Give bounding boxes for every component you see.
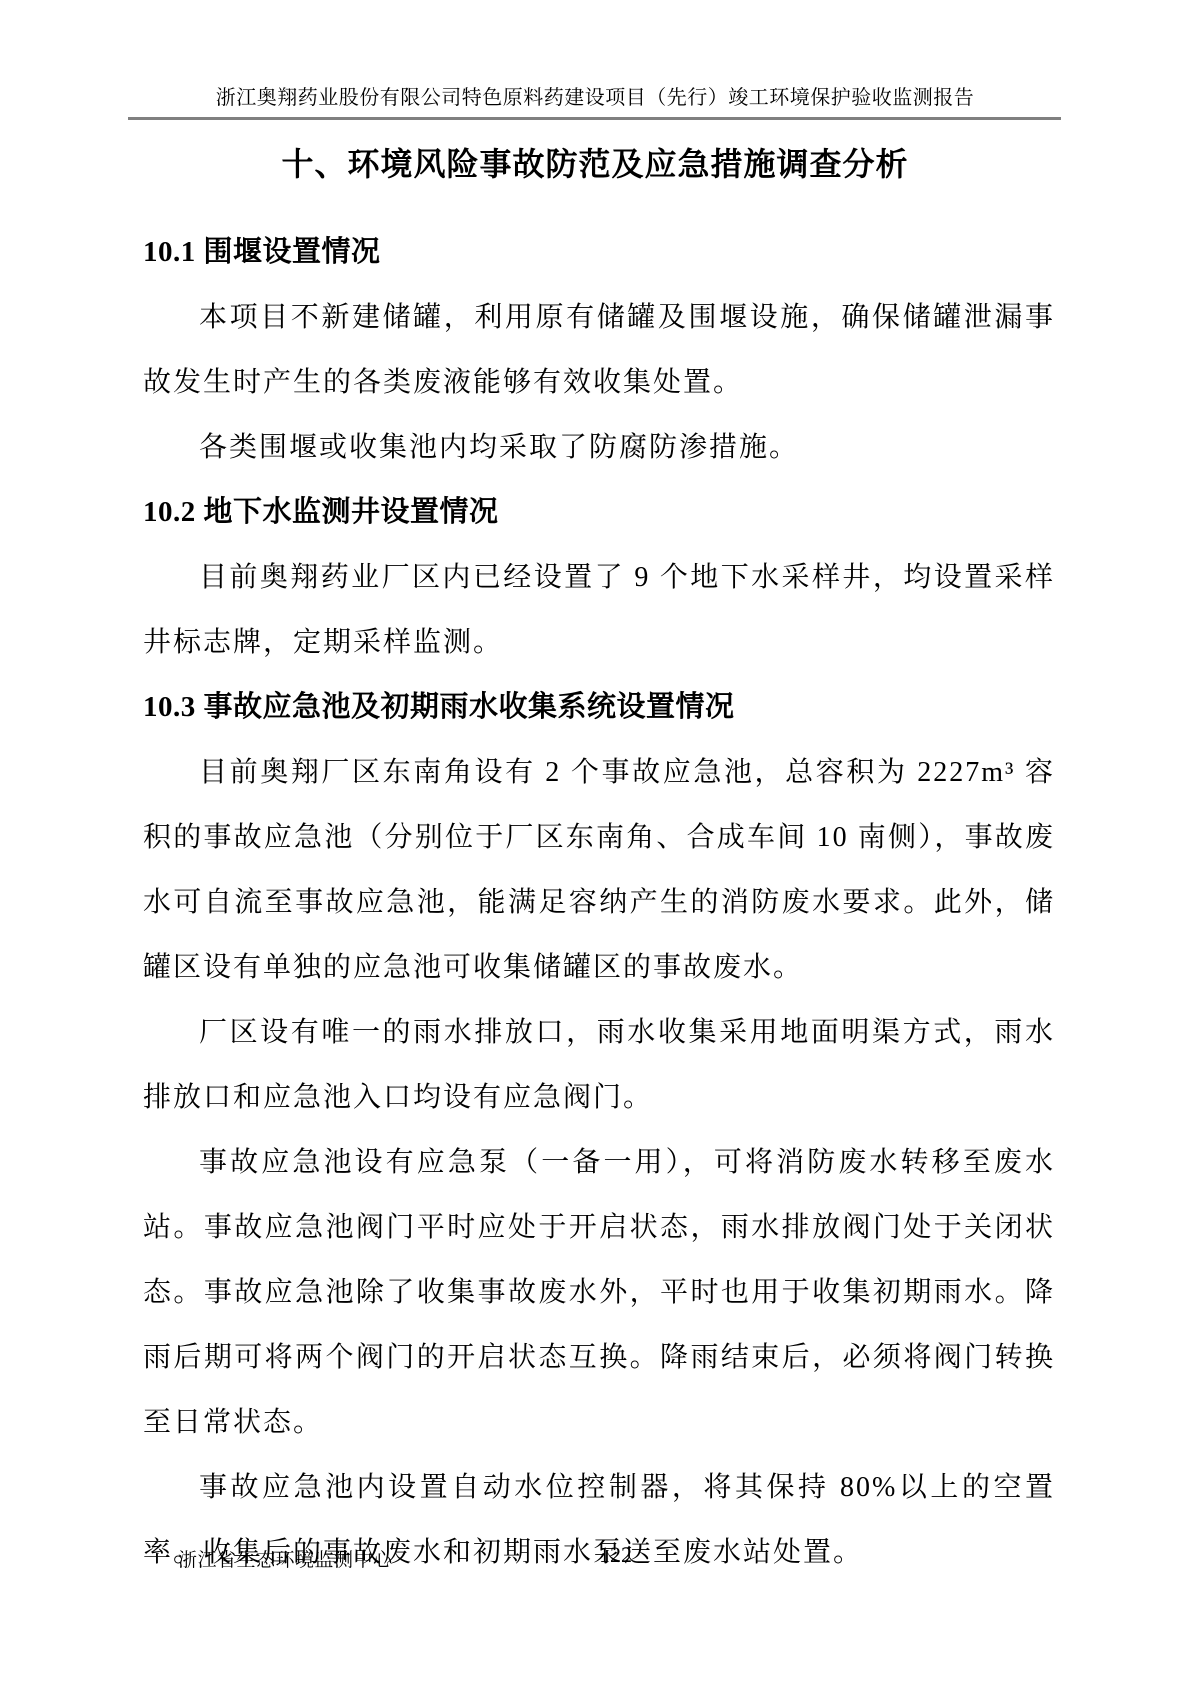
footer-page-number: 122: [599, 1542, 632, 1568]
paragraph-10-3-3: 事故应急池设有应急泵（一备一用），可将消防废水转移至废水站。事故应急池阀门平时应…: [143, 1130, 1055, 1455]
document-body: 10.1 围堰设置情况 本项目不新建储罐，利用原有储罐及围堰设施，确保储罐泄漏事…: [143, 220, 1055, 1585]
header-title: 浙江奥翔药业股份有限公司特色原料药建设项目（先行）竣工环境保护验收监测报告: [0, 81, 1190, 110]
paragraph-10-1-1: 本项目不新建储罐，利用原有储罐及围堰设施，确保储罐泄漏事故发生时产生的各类废液能…: [143, 285, 1055, 415]
chapter-title: 十、环境风险事故防范及应急措施调查分析: [0, 139, 1190, 185]
header-divider: [128, 117, 1061, 120]
paragraph-10-2-1: 目前奥翔药业厂区内已经设置了 9 个地下水采样井，均设置采样井标志牌，定期采样监…: [143, 545, 1055, 675]
paragraph-10-1-2: 各类围堰或收集池内均采取了防腐防渗措施。: [143, 415, 1055, 480]
section-heading-10-1: 10.1 围堰设置情况: [143, 220, 1055, 285]
section-heading-10-2: 10.2 地下水监测井设置情况: [143, 480, 1055, 545]
footer-organization: 浙江省生态环境监测中心: [178, 1545, 393, 1572]
document-page: 浙江奥翔药业股份有限公司特色原料药建设项目（先行）竣工环境保护验收监测报告 十、…: [0, 0, 1190, 1683]
section-heading-10-3: 10.3 事故应急池及初期雨水收集系统设置情况: [143, 675, 1055, 740]
paragraph-10-3-1: 目前奥翔厂区东南角设有 2 个事故应急池，总容积为 2227m³ 容积的事故应急…: [143, 740, 1055, 1000]
paragraph-10-3-2: 厂区设有唯一的雨水排放口，雨水收集采用地面明渠方式，雨水排放口和应急池入口均设有…: [143, 1000, 1055, 1130]
